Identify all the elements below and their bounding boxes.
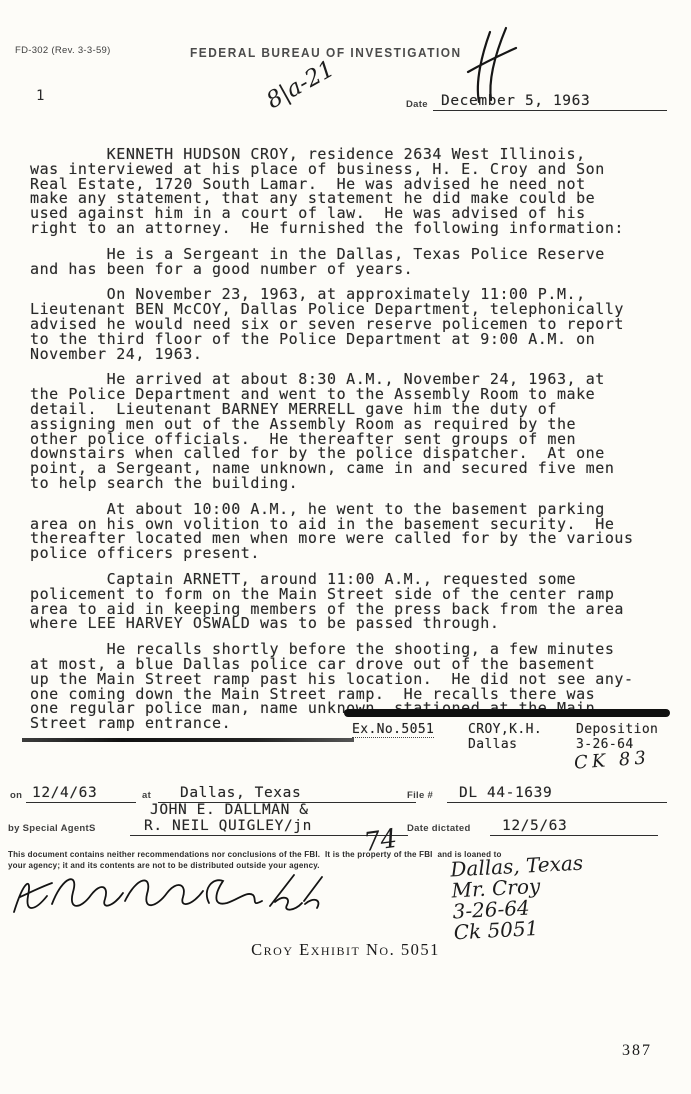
- body-paragraph: He recalls shortly before the shooting, …: [30, 642, 670, 731]
- interview-location: Dallas, Texas: [158, 785, 416, 803]
- handwritten-ck-note: CK 83: [573, 747, 650, 773]
- exhibit-caption: Croy Exhibit No. 5051: [0, 940, 691, 960]
- date-dictated-label: Date dictated: [407, 823, 471, 834]
- signature-croy-icon: [6, 866, 336, 926]
- stamp-top-bar: [344, 709, 670, 717]
- body-paragraph: Captain ARNETT, around 11:00 A.M., reque…: [30, 572, 670, 631]
- handwritten-side-notes: Dallas, Texas Mr. Croy 3-26-64 Ck 5051: [450, 853, 587, 944]
- file-number-label: File #: [407, 790, 433, 801]
- signature-croy: [6, 866, 336, 931]
- page-number-bottom: 387: [622, 1042, 652, 1060]
- body-paragraph: At about 10:00 A.M., he went to the base…: [30, 502, 670, 561]
- fd302-document-page: FD-302 (Rev. 3-3-59) FEDERAL BUREAU OF I…: [0, 0, 691, 1094]
- agent-name-1: JOHN E. DALLMAN &: [150, 802, 309, 818]
- page-number-top: 1: [36, 88, 44, 104]
- body-paragraph: He arrived at about 8:30 A.M., November …: [30, 372, 670, 490]
- date-dictated-value: 12/5/63: [490, 818, 658, 836]
- exhibit-witness: CROY,K.H.: [468, 722, 542, 737]
- on-label: on: [10, 790, 22, 801]
- exhibit-city: Dallas: [468, 737, 517, 752]
- form-number: FD-302 (Rev. 3-3-59): [15, 45, 111, 56]
- by-special-agents-label: by Special AgentS: [8, 823, 96, 834]
- body-paragraph: On November 23, 1963, at approximately 1…: [30, 287, 670, 361]
- handwritten-routing-mark: 8|a-21: [262, 56, 339, 114]
- divider-line: [22, 738, 354, 742]
- report-body: KENNETH HUDSON CROY, residence 2634 West…: [30, 147, 670, 742]
- at-label: at: [142, 790, 151, 801]
- body-paragraph: KENNETH HUDSON CROY, residence 2634 West…: [30, 147, 670, 236]
- body-paragraph: He is a Sergeant in the Dallas, Texas Po…: [30, 247, 670, 277]
- date-label: Date: [406, 99, 428, 110]
- interview-date: 12/4/63: [26, 785, 136, 803]
- date-value: December 5, 1963: [433, 93, 667, 111]
- exhibit-number: Ex.No.5051: [352, 722, 434, 738]
- file-number: DL 44-1639: [447, 785, 667, 803]
- exhibit-doc-type: Deposition: [576, 722, 658, 737]
